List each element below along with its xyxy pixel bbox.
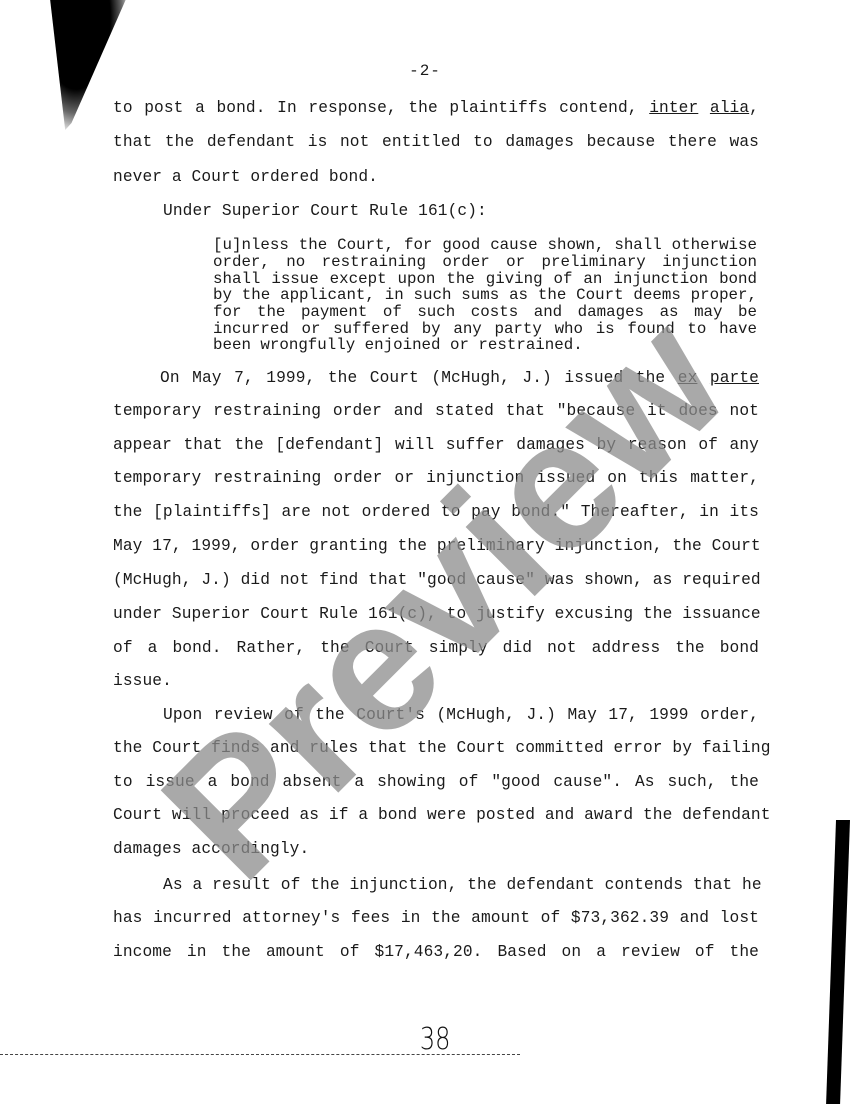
italic-term: alia xyxy=(710,99,749,117)
footer-page-number: 38 xyxy=(420,1022,451,1057)
quote-line: been wrongfully enjoined or restrained. xyxy=(213,336,757,354)
scan-edge-bar xyxy=(826,820,850,1104)
italic-term: parte xyxy=(710,369,759,387)
text-line: On May 7, 1999, the Court (McHugh, J.) i… xyxy=(160,369,759,387)
text-line: income in the amount of $17,463,20. Base… xyxy=(113,943,759,961)
text-line: has incurred attorney's fees in the amou… xyxy=(113,909,759,927)
text-line: As a result of the injunction, the defen… xyxy=(163,876,759,894)
quote-line: order, no restraining order or prelimina… xyxy=(213,253,757,271)
text-line: May 17, 1999, order granting the prelimi… xyxy=(113,537,759,555)
text-line: to post a bond. In response, the plainti… xyxy=(113,99,759,117)
text-line: the [plaintiffs] are not ordered to pay … xyxy=(113,503,759,521)
page-label: -2- xyxy=(0,62,850,80)
text-line: damages accordingly. xyxy=(113,840,759,858)
rule-intro: Under Superior Court Rule 161(c): xyxy=(163,202,809,220)
text-line: of a bond. Rather, the Court simply did … xyxy=(113,639,759,657)
quote-line: for the payment of such costs and damage… xyxy=(213,303,757,321)
quote-line: [u]nless the Court, for good cause shown… xyxy=(213,236,757,254)
text-line: Upon review of the Court's (McHugh, J.) … xyxy=(163,706,759,724)
text-line: never a Court ordered bond. xyxy=(113,168,759,186)
quote-line: by the applicant, in such sums as the Co… xyxy=(213,286,757,304)
text-line: under Superior Court Rule 161(c), to jus… xyxy=(113,605,759,623)
text-line: issue. xyxy=(113,672,759,690)
text-line: appear that the [defendant] will suffer … xyxy=(113,436,759,454)
text-line: temporary restraining order or injunctio… xyxy=(113,469,759,487)
italic-term: inter xyxy=(649,99,698,117)
italic-term: ex xyxy=(678,369,698,387)
text-line: temporary restraining order and stated t… xyxy=(113,402,759,420)
text-line: the Court finds and rules that the Court… xyxy=(113,739,759,757)
document-page: -2- to post a bond. In response, the pla… xyxy=(0,0,850,1104)
text-line: Court will proceed as if a bond were pos… xyxy=(113,806,759,824)
text-line: (McHugh, J.) did not find that "good cau… xyxy=(113,571,759,589)
text-line: to issue a bond absent a showing of "goo… xyxy=(113,773,759,791)
text-line: that the defendant is not entitled to da… xyxy=(113,133,759,151)
